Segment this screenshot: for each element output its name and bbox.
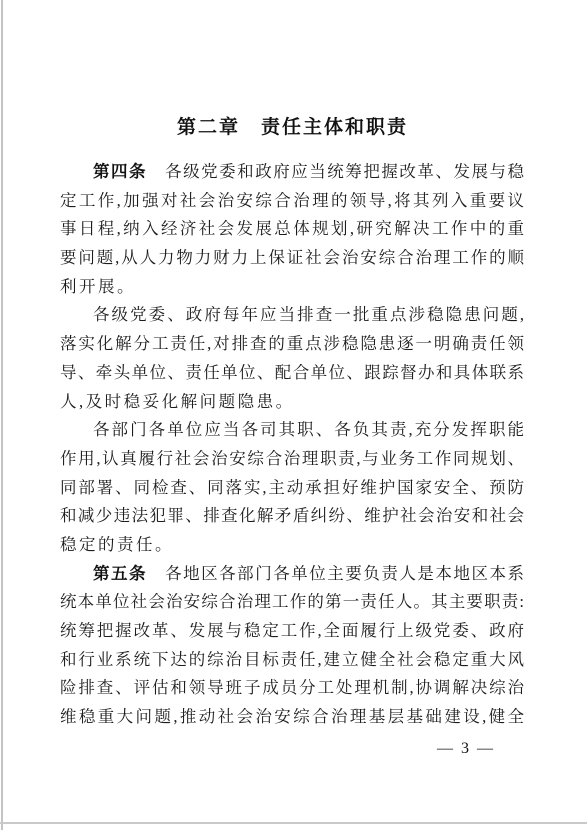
text-line: 和行业系统下达的综治目标责任,建立健全社会稳定重大风: [60, 646, 525, 675]
text-line: 落实化解分工责任,对排查的重点涉稳隐患逐一明确责任领: [60, 330, 525, 359]
text-line: 统筹把握改革、发展与稳定工作,全面履行上级党委、政府: [60, 617, 525, 646]
text-line: 导、牵头单位、责任单位、配合单位、跟踪督办和具体联系: [60, 359, 525, 388]
article-number: 第四条: [93, 162, 147, 181]
scan-edge-left: [1, 0, 3, 830]
text-line: 第四条 各级党委和政府应当统筹把握改革、发展与稳: [60, 158, 525, 187]
text-line: 作用,认真履行社会治安综合治理职责,与业务工作同规划、: [60, 445, 525, 474]
text-line: 定工作,加强对社会治安综合治理的领导,将其列入重要议: [60, 187, 525, 216]
scan-edge-bottom: [0, 822, 587, 824]
text-line: 维稳重大问题,推动社会治安综合治理基层基础建设,健全: [60, 703, 525, 732]
text-line: 利开展。: [60, 273, 525, 302]
text-line: 各级党委、政府每年应当排查一批重点涉稳隐患问题,: [60, 301, 525, 330]
page-number: — 3 —: [60, 740, 495, 758]
chapter-title: 第二章 责任主体和职责: [60, 112, 525, 139]
text-line: 和减少违法犯罪、排查化解矛盾纠纷、维护社会治安和社会: [60, 502, 525, 531]
text-line: 要问题,从人力物力财力上保证社会治安综合治理工作的顺: [60, 244, 525, 273]
text-line: 各部门各单位应当各司其职、各负其责,充分发挥职能: [60, 416, 525, 445]
text-line: 第五条 各地区各部门各单位主要负责人是本地区本系: [60, 560, 525, 589]
body-text: 第四条 各级党委和政府应当统筹把握改革、发展与稳定工作,加强对社会治安综合治理的…: [60, 158, 525, 732]
text-line: 稳定的责任。: [60, 531, 525, 560]
article-number: 第五条: [93, 564, 147, 583]
text-line: 同部署、同检查、同落实,主动承担好维护国家安全、预防: [60, 474, 525, 503]
text-line: 人,及时稳妥化解问题隐患。: [60, 388, 525, 417]
text-line: 事日程,纳入经济社会发展总体规划,研究解决工作中的重: [60, 215, 525, 244]
text-line: 险排查、评估和领导班子成员分工处理机制,协调解决综治: [60, 674, 525, 703]
text-line: 统本单位社会治安综合治理工作的第一责任人。其主要职责:: [60, 588, 525, 617]
document-page: 第二章 责任主体和职责 第四条 各级党委和政府应当统筹把握改革、发展与稳定工作,…: [0, 0, 587, 830]
